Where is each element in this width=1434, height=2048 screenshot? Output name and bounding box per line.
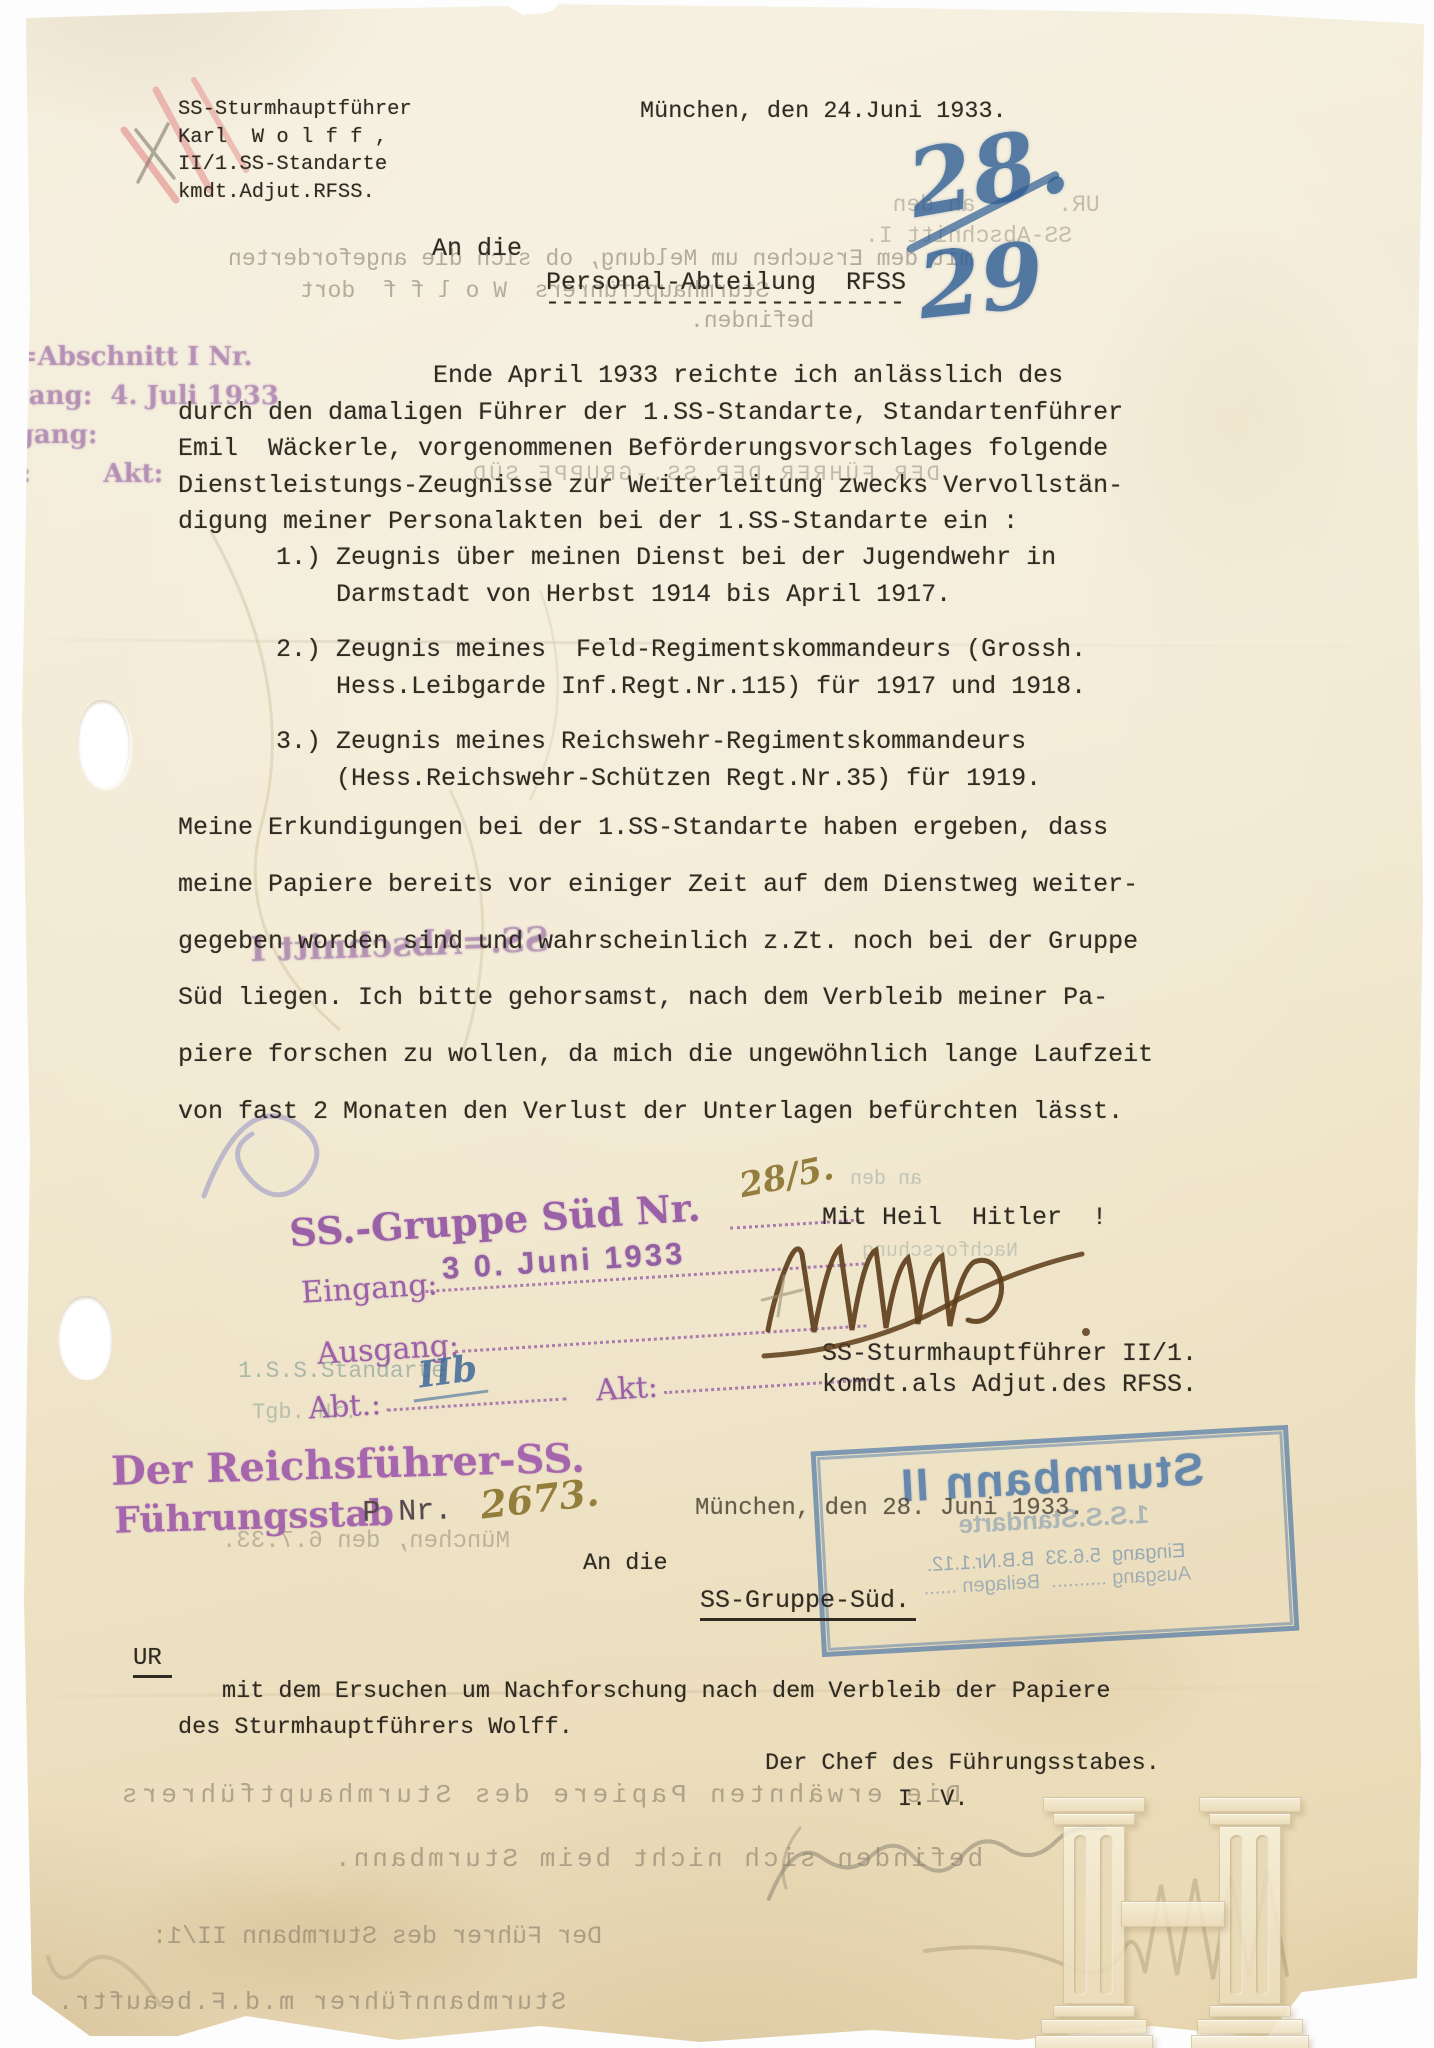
- an-die-1: An die: [432, 234, 522, 263]
- body-paragraph-1: Ende April 1933 reichte ich anlässlich d…: [178, 358, 1123, 541]
- embossed-h-logo: [1035, 1793, 1307, 2048]
- body-paragraph-2: Meine Erkundigungen bei der 1.SS-Standar…: [178, 800, 1153, 1141]
- bleedthrough-bottom-line3: Der Führer des Sturmbann II/1:: [152, 1922, 602, 1951]
- reichsfuehrer-stamp-line2: Führungsstab: [114, 1492, 394, 1542]
- an-die-2: An die: [583, 1550, 668, 1577]
- scanned-document: UR. an den SS-Abschnitt I. mit dem Ersuc…: [0, 0, 1434, 2048]
- punch-hole-bottom: [58, 1296, 112, 1380]
- abt-label: Abt.:: [307, 1387, 382, 1426]
- h-logo-crossbar: [1121, 1901, 1225, 1927]
- recipient-2: SS-Gruppe-Süd.: [700, 1586, 916, 1615]
- page-number-29: 29: [913, 222, 1049, 341]
- list-item-3: 3.) Zeugnis meines Reichswehr-Regimentsk…: [276, 724, 1041, 797]
- forwarding-line-1: mit dem Ersuchen um Nachforschung nach d…: [222, 1678, 1110, 1705]
- wolff-signature: [762, 1228, 1102, 1368]
- date-line-1: München, den 24.Juni 1933.: [640, 98, 1007, 125]
- eingang-label: Eingang:: [300, 1267, 438, 1311]
- pencil-x-mark: [128, 122, 182, 186]
- signature-rank-line2: komdt.als Adjut.des RFSS.: [822, 1370, 1197, 1399]
- abt-value-handwritten: IIb: [408, 1346, 488, 1402]
- sender-block: SS-Sturmhauptführer Karl W o l f f , II/…: [178, 96, 412, 206]
- closing-chef: Der Chef des Führungsstabes.: [765, 1750, 1160, 1777]
- pencil-plus-mark: [758, 1272, 806, 1320]
- forwarding-line-2: des Sturmhauptführers Wolff.: [178, 1714, 573, 1741]
- ur-mark: UR: [133, 1645, 172, 1672]
- reichsfuehrer-stamp-pnr: P Nr.: [362, 1494, 453, 1531]
- list-item-1: 1.) Zeugnis über meinen Dienst bei der J…: [276, 540, 1056, 613]
- punch-hole-top: [78, 700, 130, 788]
- reichsfuehrer-stamp: Der Reichsführer-SS. Führungsstab P Nr. …: [110, 1432, 673, 1568]
- recipient-1-underline: ------------------------: [545, 288, 905, 317]
- date-line-2: München, den 28. Juni 1933.: [695, 1495, 1084, 1522]
- paper-sheet: UR. an den SS-Abschnitt I. mit dem Ersuc…: [0, 0, 1434, 2048]
- bleedthrough-signature-small: [42, 1925, 172, 2020]
- list-item-2: 2.) Zeugnis meines Feld-Regimentskommand…: [276, 632, 1086, 705]
- akt-label: Akt:: [595, 1370, 659, 1409]
- sturmbann-box-stamp: Sturmbann II 1.S.S.Standarte Eingang 5.6…: [811, 1425, 1300, 1657]
